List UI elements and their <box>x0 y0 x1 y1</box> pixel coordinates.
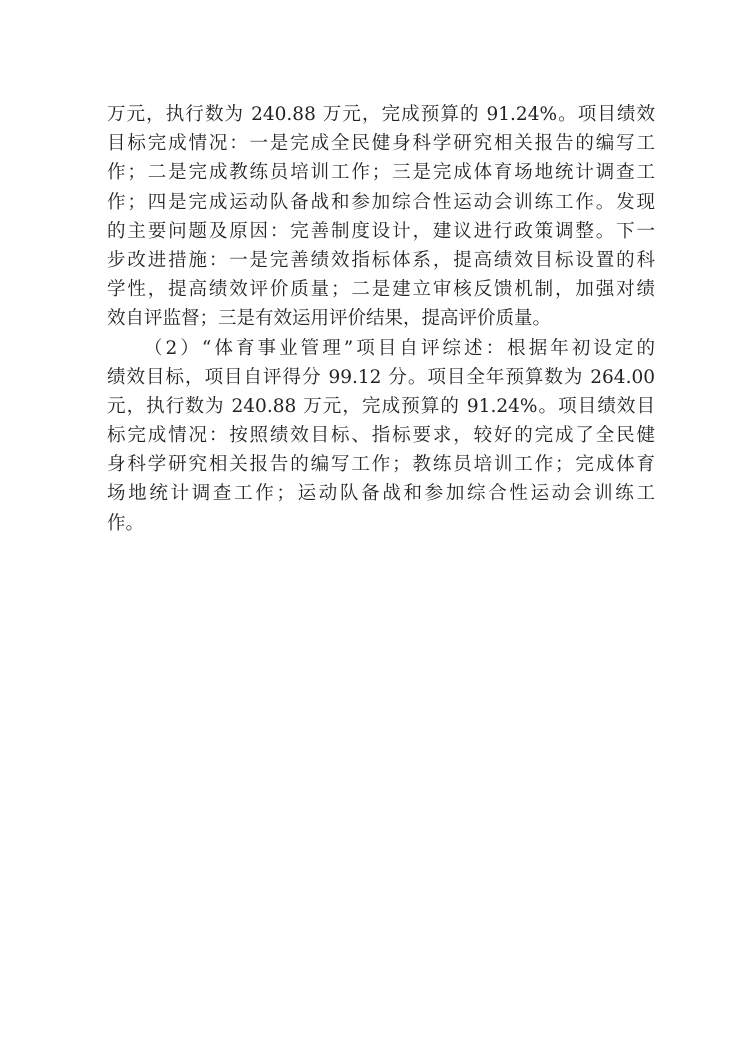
text-line: 的主要问题及原因：完善制度设计，建议进行政策调整。下一 <box>107 217 655 246</box>
text-line: 作；四是完成运动队备战和参加综合性运动会训练工作。发现 <box>107 188 655 217</box>
text-line: 学性，提高绩效评价质量；二是建立审核反馈机制，加强对绩 <box>107 275 655 304</box>
paragraph-evaluation-summary-1: 万元，执行数为 240.88 万元，完成预算的 91.24%。项目绩效 目标完成… <box>107 100 655 334</box>
text-line: 元，执行数为 240.88 万元，完成预算的 91.24%。项目绩效目 <box>107 392 655 421</box>
text-line-indented: （2）“体育事业管理”项目自评综述：根据年初设定的 <box>107 334 655 363</box>
text-line: 身科学研究相关报告的编写工作；教练员培训工作；完成体育 <box>107 450 655 479</box>
paragraph-sports-management-summary: （2）“体育事业管理”项目自评综述：根据年初设定的 绩效目标，项目自评得分 99… <box>107 334 655 538</box>
text-line: 绩效目标，项目自评得分 99.12 分。项目全年预算数为 264.00 <box>107 363 655 392</box>
text-line: 作。 <box>107 509 655 538</box>
text-line: 万元，执行数为 240.88 万元，完成预算的 91.24%。项目绩效 <box>107 100 655 129</box>
document-page: 万元，执行数为 240.88 万元，完成预算的 91.24%。项目绩效 目标完成… <box>107 100 655 538</box>
text-line: 标完成情况：按照绩效目标、指标要求，较好的完成了全民健 <box>107 421 655 450</box>
text-line: 目标完成情况：一是完成全民健身科学研究相关报告的编写工 <box>107 129 655 158</box>
text-line: 步改进措施：一是完善绩效指标体系，提高绩效目标设置的科 <box>107 246 655 275</box>
text-line: 效自评监督；三是有效运用评价结果，提高评价质量。 <box>107 304 655 333</box>
text-line: 作；二是完成教练员培训工作；三是完成体育场地统计调查工 <box>107 158 655 187</box>
text-line: 场地统计调查工作；运动队备战和参加综合性运动会训练工 <box>107 479 655 508</box>
